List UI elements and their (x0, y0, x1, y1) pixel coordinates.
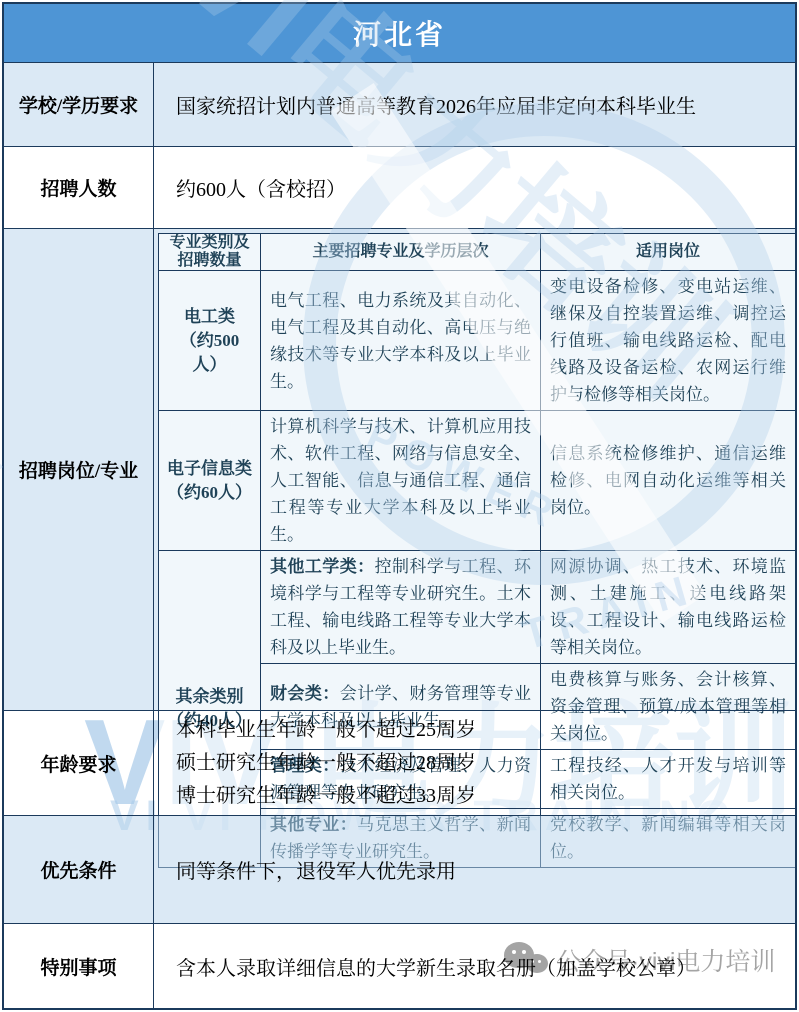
table-row-other-engineering: 其余类别 （约40人） 其他工学类：控制科学与工程、环境科学与工程等专业研究生。… (159, 551, 796, 664)
row-priority: 优先条件 同等条件下，退役军人优先录用 (4, 815, 795, 923)
category-cell: 电工类 （约500 人） (159, 271, 261, 411)
majors-cell: 电气工程、电力系统及其自动化、电气工程及其自动化、高电压与绝缘技术等专业大学本科… (261, 271, 541, 411)
age-label: 年龄要求 (4, 711, 154, 815)
row-headcount: 招聘人数 约600人（含校招） (4, 146, 795, 228)
school-requirement-label: 学校/学历要求 (4, 63, 154, 146)
age-line-bachelor: 本科毕业生年龄一般不超过25周岁 (176, 714, 476, 747)
age-line-doctor: 博士研究生年龄一般不超过33周岁 (176, 780, 476, 813)
school-requirement-content: 国家统招计划内普通高等教育2026年应届非定向本科毕业生 (154, 63, 795, 146)
jobs-cell: 信息系统检修维护、通信运维检修、电网自动化运维等相关岗位。 (541, 411, 796, 551)
province-title: 河北省 (353, 13, 446, 53)
jobs-cell: 网源协调、热工技术、环境监测、土建施工、送电线路架设、工程设计、输电线路运检等相… (541, 551, 796, 664)
headcount-label: 招聘人数 (4, 147, 154, 228)
row-school-requirement: 学校/学历要求 国家统招计划内普通高等教育2026年应届非定向本科毕业生 (4, 62, 795, 146)
positions-content: 专业类别及 招聘数量 主要招聘专业及学历层次 适用岗位 电工类 （约500 人）… (154, 229, 796, 710)
col-header-majors: 主要招聘专业及学历层次 (261, 234, 541, 271)
headcount-content: 约600人（含校招） (154, 147, 795, 228)
row-positions: 招聘岗位/专业 专业类别及 招聘数量 主要招聘专业及学历层次 适用岗位 电工类 … (4, 228, 795, 710)
category-cell: 电子信息类 （约60人） (159, 411, 261, 551)
positions-table-header-row: 专业类别及 招聘数量 主要招聘专业及学历层次 适用岗位 (159, 234, 796, 271)
row-special-notes: 特别事项 含本人录取详细信息的大学新生录取名册（加盖学校公章） (4, 923, 795, 1008)
age-content: 本科毕业生年龄一般不超过25周岁 硕士研究生年龄一般不超过28周岁 博士研究生年… (154, 711, 795, 815)
table-row-electronic-info: 电子信息类 （约60人） 计算机科学与技术、计算机应用技术、软件工程、网络与信息… (159, 411, 796, 551)
col-header-jobs: 适用岗位 (541, 234, 796, 271)
special-content: 含本人录取详细信息的大学新生录取名册（加盖学校公章） (154, 924, 795, 1008)
province-recruitment-table: 河北省 学校/学历要求 国家统招计划内普通高等教育2026年应届非定向本科毕业生… (2, 2, 797, 1010)
table-row-electrical: 电工类 （约500 人） 电气工程、电力系统及其自动化、电气工程及其自动化、高电… (159, 271, 796, 411)
special-label: 特别事项 (4, 924, 154, 1008)
age-line-master: 硕士研究生年龄一般不超过28周岁 (176, 747, 476, 780)
majors-prefix: 其他工学类： (270, 557, 375, 576)
majors-prefix: 财会类： (270, 684, 340, 703)
col-header-category: 专业类别及 招聘数量 (159, 234, 261, 271)
province-header: 河北省 (4, 4, 795, 62)
priority-content: 同等条件下，退役军人优先录用 (154, 816, 795, 923)
jobs-cell: 变电设备检修、变电站运维、继保及自控装置运维、调控运行值班、输电线路运检、配电线… (541, 271, 796, 411)
priority-label: 优先条件 (4, 816, 154, 923)
majors-cell: 计算机科学与技术、计算机应用技术、软件工程、网络与信息安全、人工智能、信息与通信… (261, 411, 541, 551)
positions-label: 招聘岗位/专业 (4, 229, 154, 710)
majors-cell: 其他工学类：控制科学与工程、环境科学与工程等专业研究生。土木工程、输电线路工程等… (261, 551, 541, 664)
row-age-requirement: 年龄要求 本科毕业生年龄一般不超过25周岁 硕士研究生年龄一般不超过28周岁 博… (4, 710, 795, 815)
